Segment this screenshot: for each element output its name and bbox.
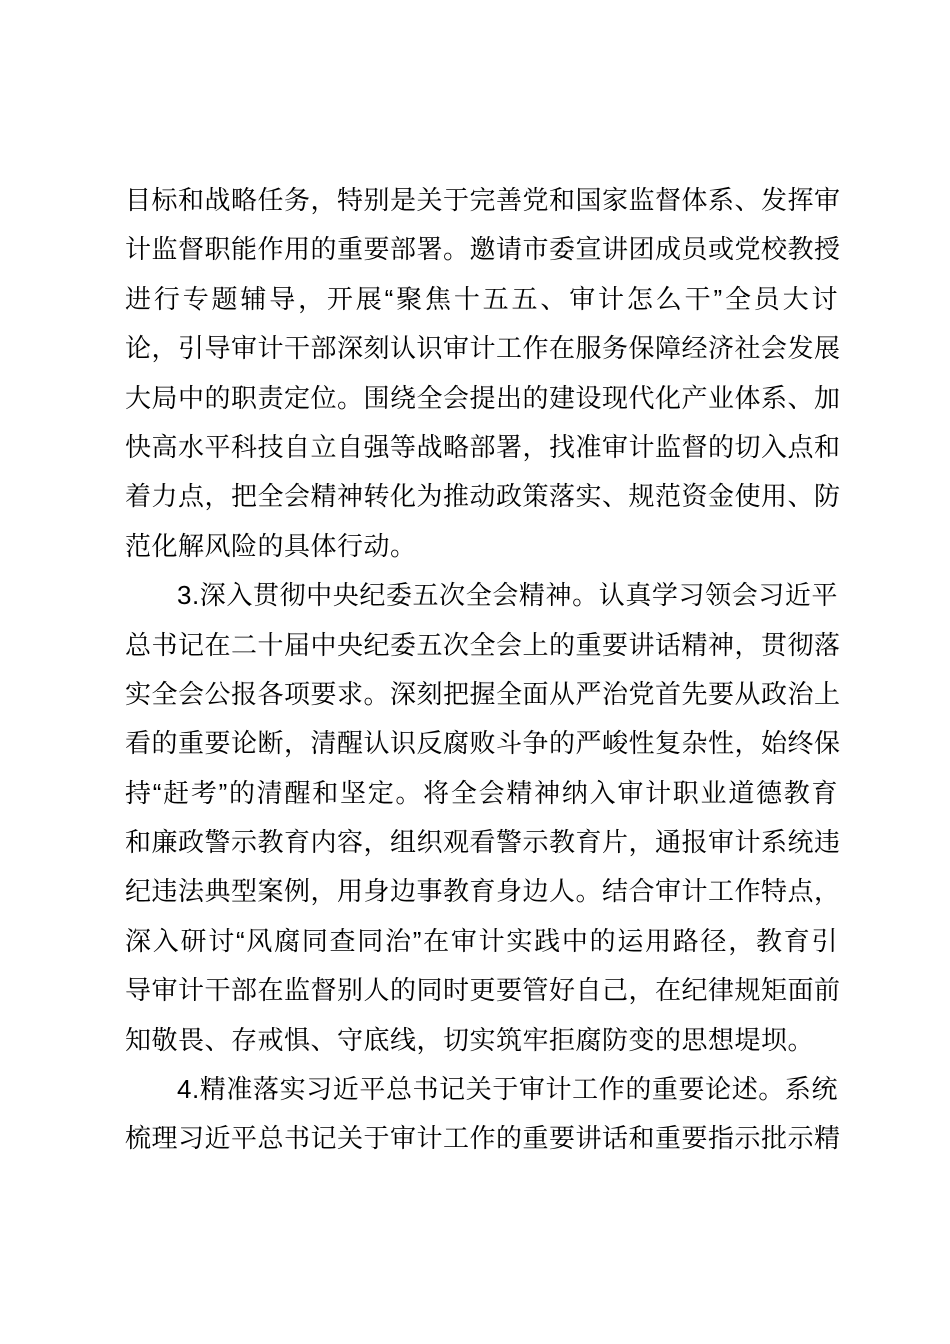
text-line: 知敬畏、存戒惧、守底线，切实筑牢拒腐防变的思想堤坝。 (125, 1016, 838, 1065)
text-line: 目标和战略任务，特别是关于完善党和国家监督体系、发挥审 (125, 176, 838, 225)
paragraph: 3.深入贯彻中央纪委五次全会精神。认真学习领会习近平总书记在二十届中央纪委五次全… (125, 571, 838, 1065)
text-line: 4.精准落实习近平总书记关于审计工作的重要论述。系统 (125, 1065, 838, 1114)
text-line: 3.深入贯彻中央纪委五次全会精神。认真学习领会习近平 (125, 571, 838, 620)
text-line: 实全会公报各项要求。深刻把握全面从严治党首先要从政治上 (125, 670, 838, 719)
text-line: 深入研讨“风腐同查同治”在审计实践中的运用路径，教育引 (125, 917, 838, 966)
paragraph: 4.精准落实习近平总书记关于审计工作的重要论述。系统梳理习近平总书记关于审计工作… (125, 1065, 838, 1164)
text-line: 大局中的职责定位。围绕全会提出的建设现代化产业体系、加 (125, 374, 838, 423)
text-line: 总书记在二十届中央纪委五次全会上的重要讲话精神，贯彻落 (125, 621, 838, 670)
text-line: 梳理习近平总书记关于审计工作的重要讲话和重要指示批示精 (125, 1114, 838, 1163)
text-line: 计监督职能作用的重要部署。邀请市委宣讲团成员或党校教授 (125, 225, 838, 274)
paragraph: 目标和战略任务，特别是关于完善党和国家监督体系、发挥审计监督职能作用的重要部署。… (125, 176, 838, 571)
text-line: 范化解风险的具体行动。 (125, 522, 838, 571)
text-line: 论，引导审计干部深刻认识审计工作在服务保障经济社会发展 (125, 324, 838, 373)
text-line: 持“赶考”的清醒和坚定。将全会精神纳入审计职业道德教育 (125, 769, 838, 818)
document-page: 目标和战略任务，特别是关于完善党和国家监督体系、发挥审计监督职能作用的重要部署。… (0, 0, 950, 1344)
text-line: 看的重要论断，清醒认识反腐败斗争的严峻性复杂性，始终保 (125, 719, 838, 768)
text-line: 导审计干部在监督别人的同时更要管好自己，在纪律规矩面前 (125, 966, 838, 1015)
text-line: 纪违法典型案例，用身边事教育身边人。结合审计工作特点， (125, 867, 838, 916)
document-text-block: 目标和战略任务，特别是关于完善党和国家监督体系、发挥审计监督职能作用的重要部署。… (125, 176, 838, 1164)
text-line: 快高水平科技自立自强等战略部署，找准审计监督的切入点和 (125, 423, 838, 472)
text-line: 着力点，把全会精神转化为推动政策落实、规范资金使用、防 (125, 472, 838, 521)
text-line: 进行专题辅导，开展“聚焦十五五、审计怎么干”全员大讨 (125, 275, 838, 324)
text-line: 和廉政警示教育内容，组织观看警示教育片，通报审计系统违 (125, 818, 838, 867)
